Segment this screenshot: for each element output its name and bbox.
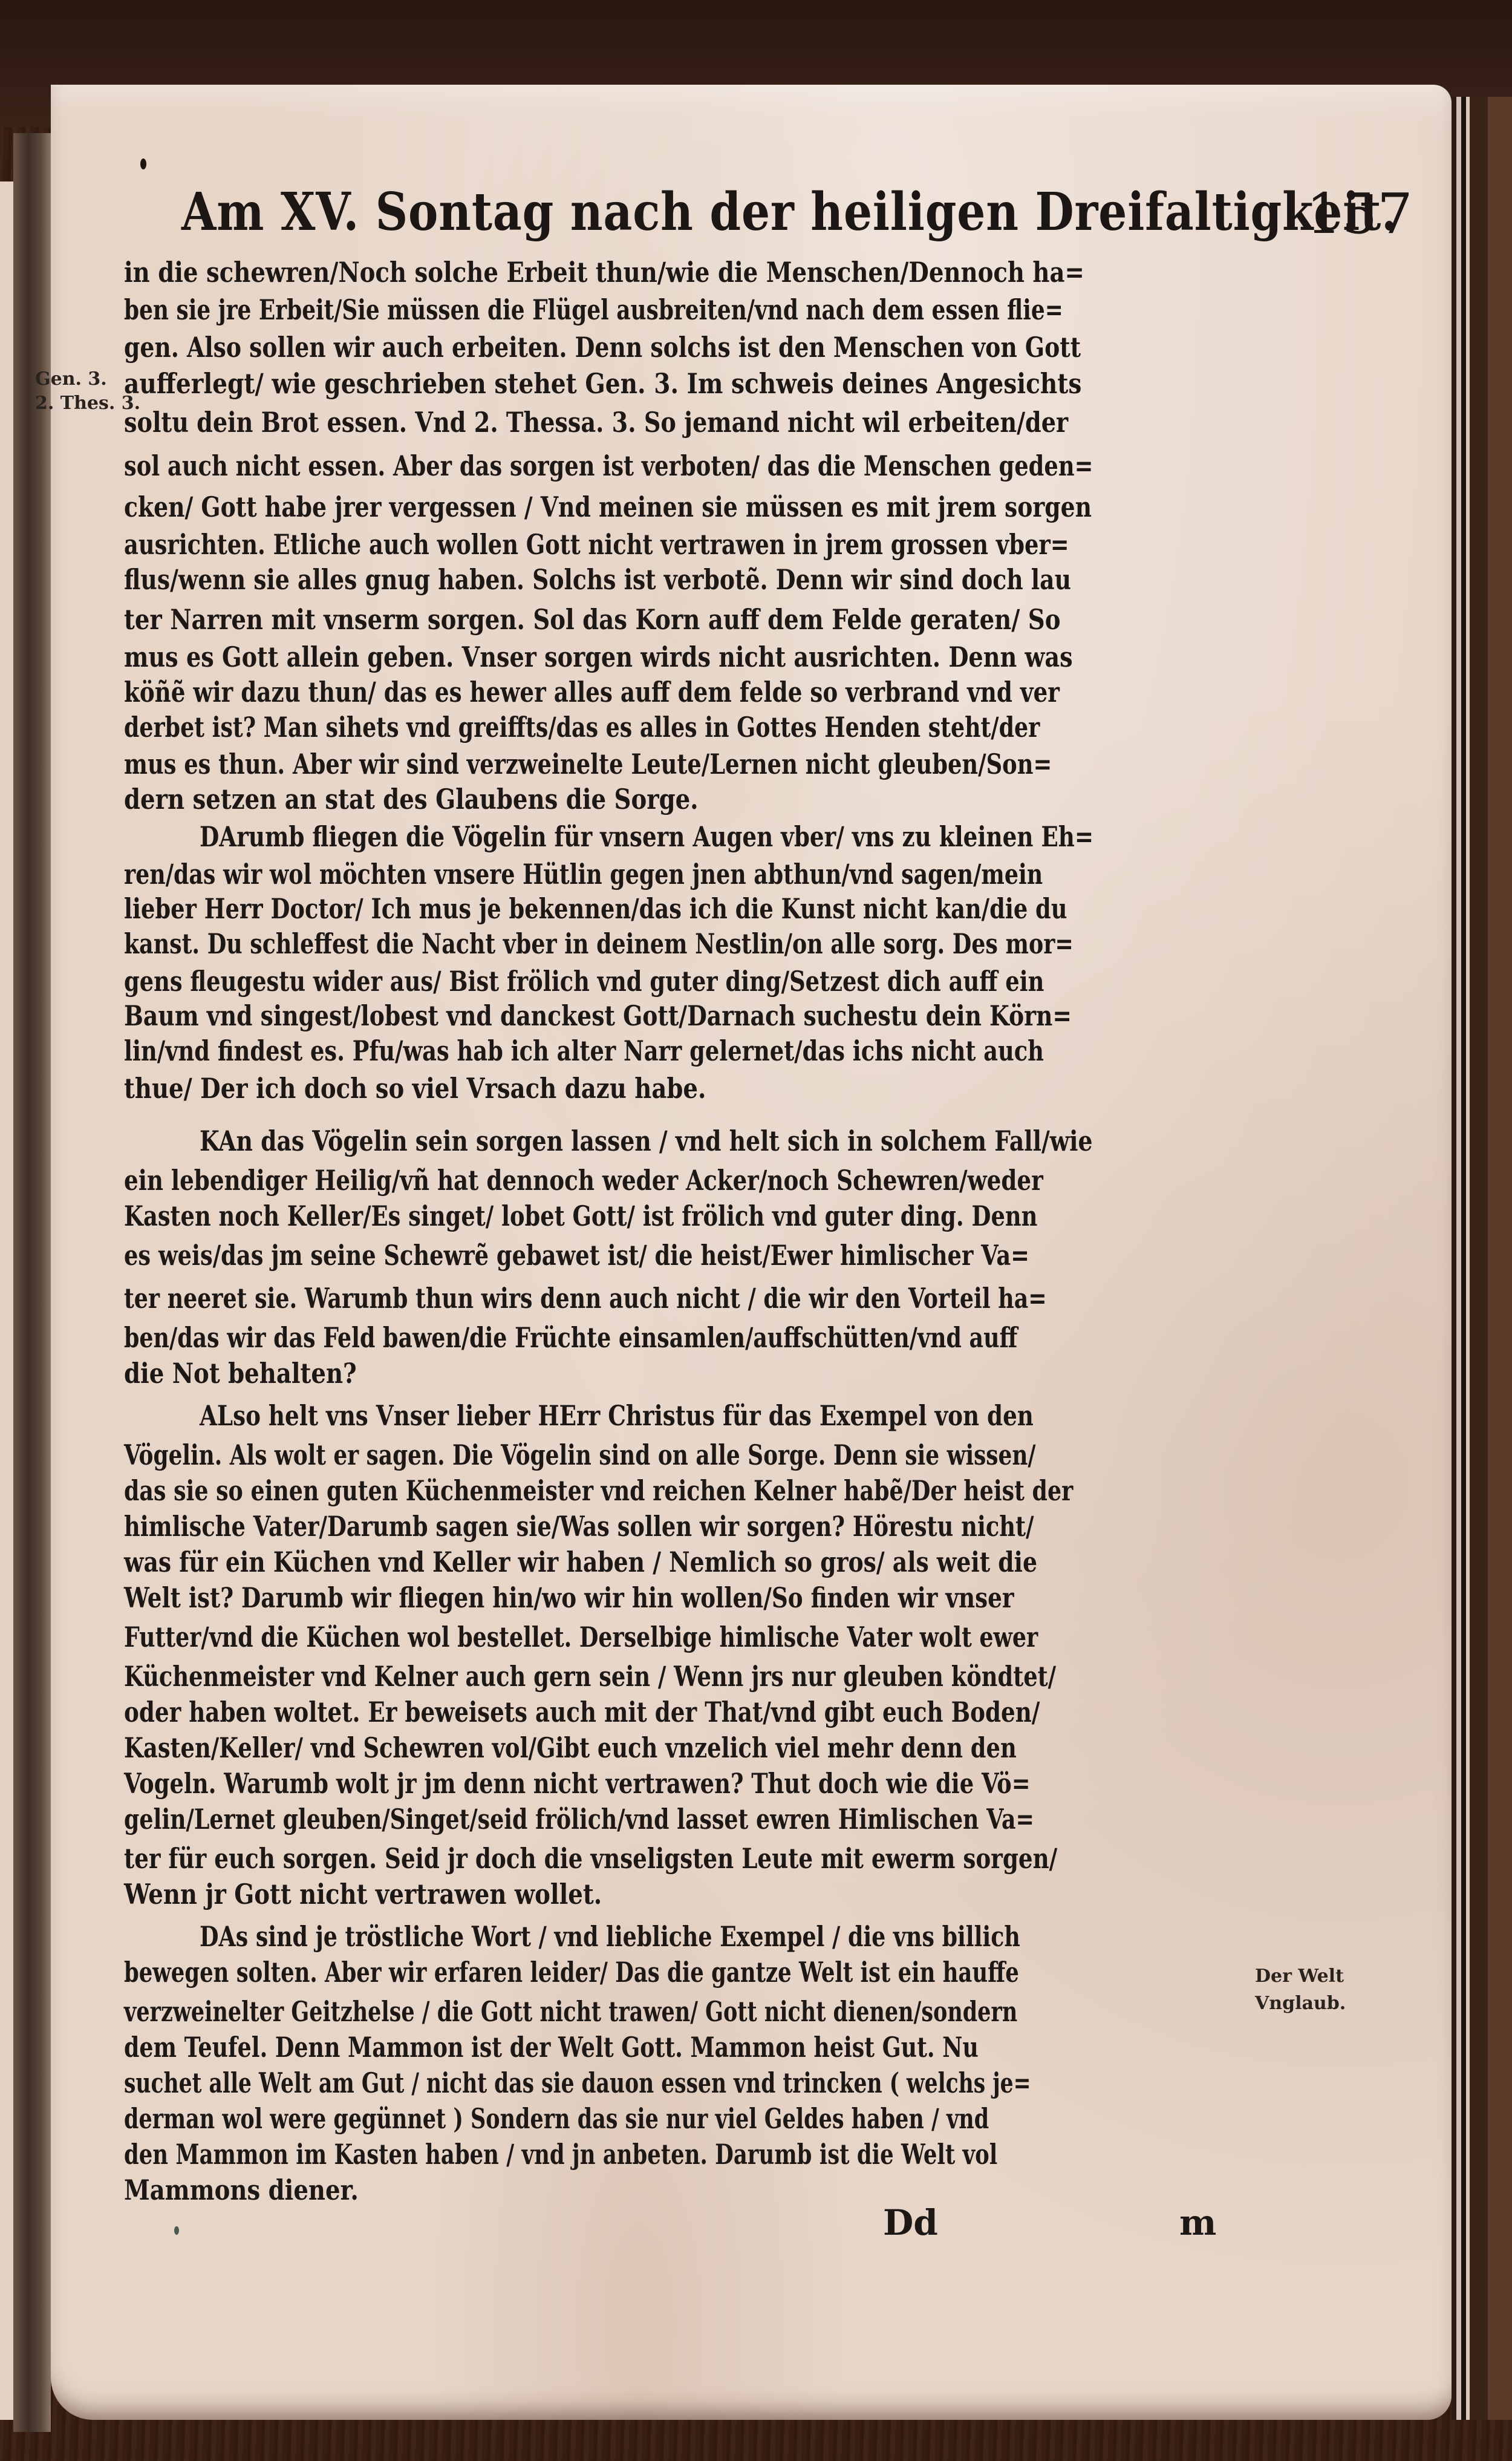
text-line: dern setzen an stat des Glaubens die Sor… (124, 781, 1079, 817)
margin-note-gen: Gen. 3. (35, 369, 107, 390)
text-line: ein lebendiger Heilig/vñ hat dennoch wed… (124, 1162, 1045, 1198)
text-line: kanst. Du schleffest die Nacht vber in d… (124, 926, 1022, 962)
page-edges-right (1452, 97, 1512, 2420)
text-line: die Not behalten? (124, 1355, 1079, 1391)
text-line: Futter/vnd die Küchen wol bestellet. Der… (124, 1619, 1022, 1655)
text-line: Kasten/Keller/ vnd Schewren vol/Gibt euc… (124, 1730, 1034, 1766)
text-line: ben/das wir das Feld bawen/die Früchte e… (124, 1319, 1022, 1356)
text-line: derman wol were gegünnet ) Sondern das s… (124, 2100, 988, 2137)
text-line: DAs sind je tröstliche Wort / vnd liebli… (200, 1918, 1098, 1955)
text-line: suchet alle Welt am Gut / nicht das sie … (124, 2065, 977, 2101)
text-line: Vogeln. Warumb wolt jr jm denn nicht ver… (124, 1765, 1034, 1802)
catchword: m (1179, 2202, 1216, 2243)
text-line: das sie so einen guten Küchenmeister vnd… (124, 1472, 1022, 1509)
ink-dot-top (140, 159, 146, 169)
text-line: thue/ Der ich doch so viel Vrsach dazu h… (124, 1070, 1079, 1106)
margin-note-der-welt: Der Welt (1255, 1966, 1344, 1987)
text-line: Vögelin. Als wolt er sagen. Die Vögelin … (124, 1437, 1011, 1473)
text-line: mus es Gott allein geben. Vnser sorgen w… (124, 639, 1067, 675)
text-line: lieber Herr Doctor/ Ich mus je bekennen/… (124, 891, 1034, 927)
text-line: bewegen solten. Aber wir erfaren leider/… (124, 1954, 1000, 1990)
text-line: ter für euch sorgen. Seid jr doch die vn… (124, 1840, 1045, 1877)
text-line: oder haben woltet. Er beweisets auch mit… (124, 1694, 1045, 1730)
text-line: Baum vnd singest/lobest vnd danckest Got… (124, 998, 1057, 1034)
text-line: lin/vnd findest es. Pfu/was hab ich alte… (124, 1033, 1034, 1069)
running-head: Am XV. Sontag nach der heiligen Dreifalt… (181, 181, 1092, 243)
text-line: mus es thun. Aber wir sind verzweinelte … (124, 746, 1034, 782)
text-line: Kasten noch Keller/Es singet/ lobet Gott… (124, 1198, 1034, 1234)
text-line: soltu dein Brot essen. Vnd 2. Thessa. 3.… (124, 404, 1067, 440)
page-number: 157 (1306, 181, 1413, 246)
text-line: verzweinelter Geitzhelse / die Gott nich… (124, 1993, 988, 2030)
text-line: gelin/Lernet gleuben/Singet/seid frölich… (124, 1801, 1022, 1837)
text-line: ALso helt vns Vnser lieber HErr Christus… (200, 1397, 1121, 1434)
text-line: in die schewren/Noch solche Erbeit thun/… (124, 254, 1079, 290)
text-line: ren/das wir wol möchten vnsere Hütlin ge… (124, 856, 1022, 892)
text-line: dem Teufel. Denn Mammon ist der Welt Got… (124, 2029, 1022, 2065)
margin-note-vnglaub: Vnglaub. (1255, 1993, 1346, 2014)
facing-page-edge (0, 181, 13, 2420)
text-line: KAn das Vögelin sein sorgen lassen / vnd… (200, 1123, 1132, 1159)
signature-mark: Dd (883, 2202, 938, 2243)
text-line: Küchenmeister vnd Kelner auch gern sein … (124, 1658, 1034, 1695)
gutter-shadow (13, 133, 51, 2432)
text-line: den Mammon im Kasten haben / vnd jn anbe… (124, 2136, 1000, 2172)
text-line: DArumb fliegen die Vögelin für vnsern Au… (200, 819, 1121, 855)
text-line: köñẽ wir dazu thun/ das es hewer alles a… (124, 674, 1045, 710)
text-line: aufferlegt/ wie geschrieben stehet Gen. … (124, 365, 1090, 402)
text-line: ausrichten. Etliche auch wollen Gott nic… (124, 526, 1034, 563)
text-line: himlische Vater/Darumb sagen sie/Was sol… (124, 1508, 1034, 1544)
text-line: was für ein Küchen vnd Keller wir haben … (124, 1544, 1057, 1580)
text-line: derbet ist? Man sihets vnd greiffts/das … (124, 709, 1022, 745)
text-line: gens fleugestu wider aus/ Bist frölich v… (124, 963, 1034, 999)
text-line: cken/ Gott habe jrer vergessen / Vnd mei… (124, 489, 1057, 525)
text-line: Wenn jr Gott nicht vertrawen wollet. (124, 1876, 1079, 1912)
text-line: gen. Also sollen wir auch erbeiten. Denn… (124, 329, 1057, 365)
text-line: ter neeret sie. Warumb thun wirs denn au… (124, 1280, 1022, 1316)
text-line: flus/wenn sie alles gnug haben. Solchs i… (124, 561, 1057, 598)
ink-dot-bottom (174, 2226, 179, 2235)
text-line: ter Narren mit vnserm sorgen. Sol das Ko… (124, 601, 1079, 638)
text-line: Welt ist? Darumb wir fliegen hin/wo wir … (124, 1580, 1045, 1616)
text-line: sol auch nicht essen. Aber das sorgen is… (124, 448, 1034, 484)
text-line: ben sie jre Erbeit/Sie müssen die Flügel… (124, 292, 1011, 328)
text-line: es weis/das jm seine Schewrẽ gebawet ist… (124, 1237, 1034, 1273)
